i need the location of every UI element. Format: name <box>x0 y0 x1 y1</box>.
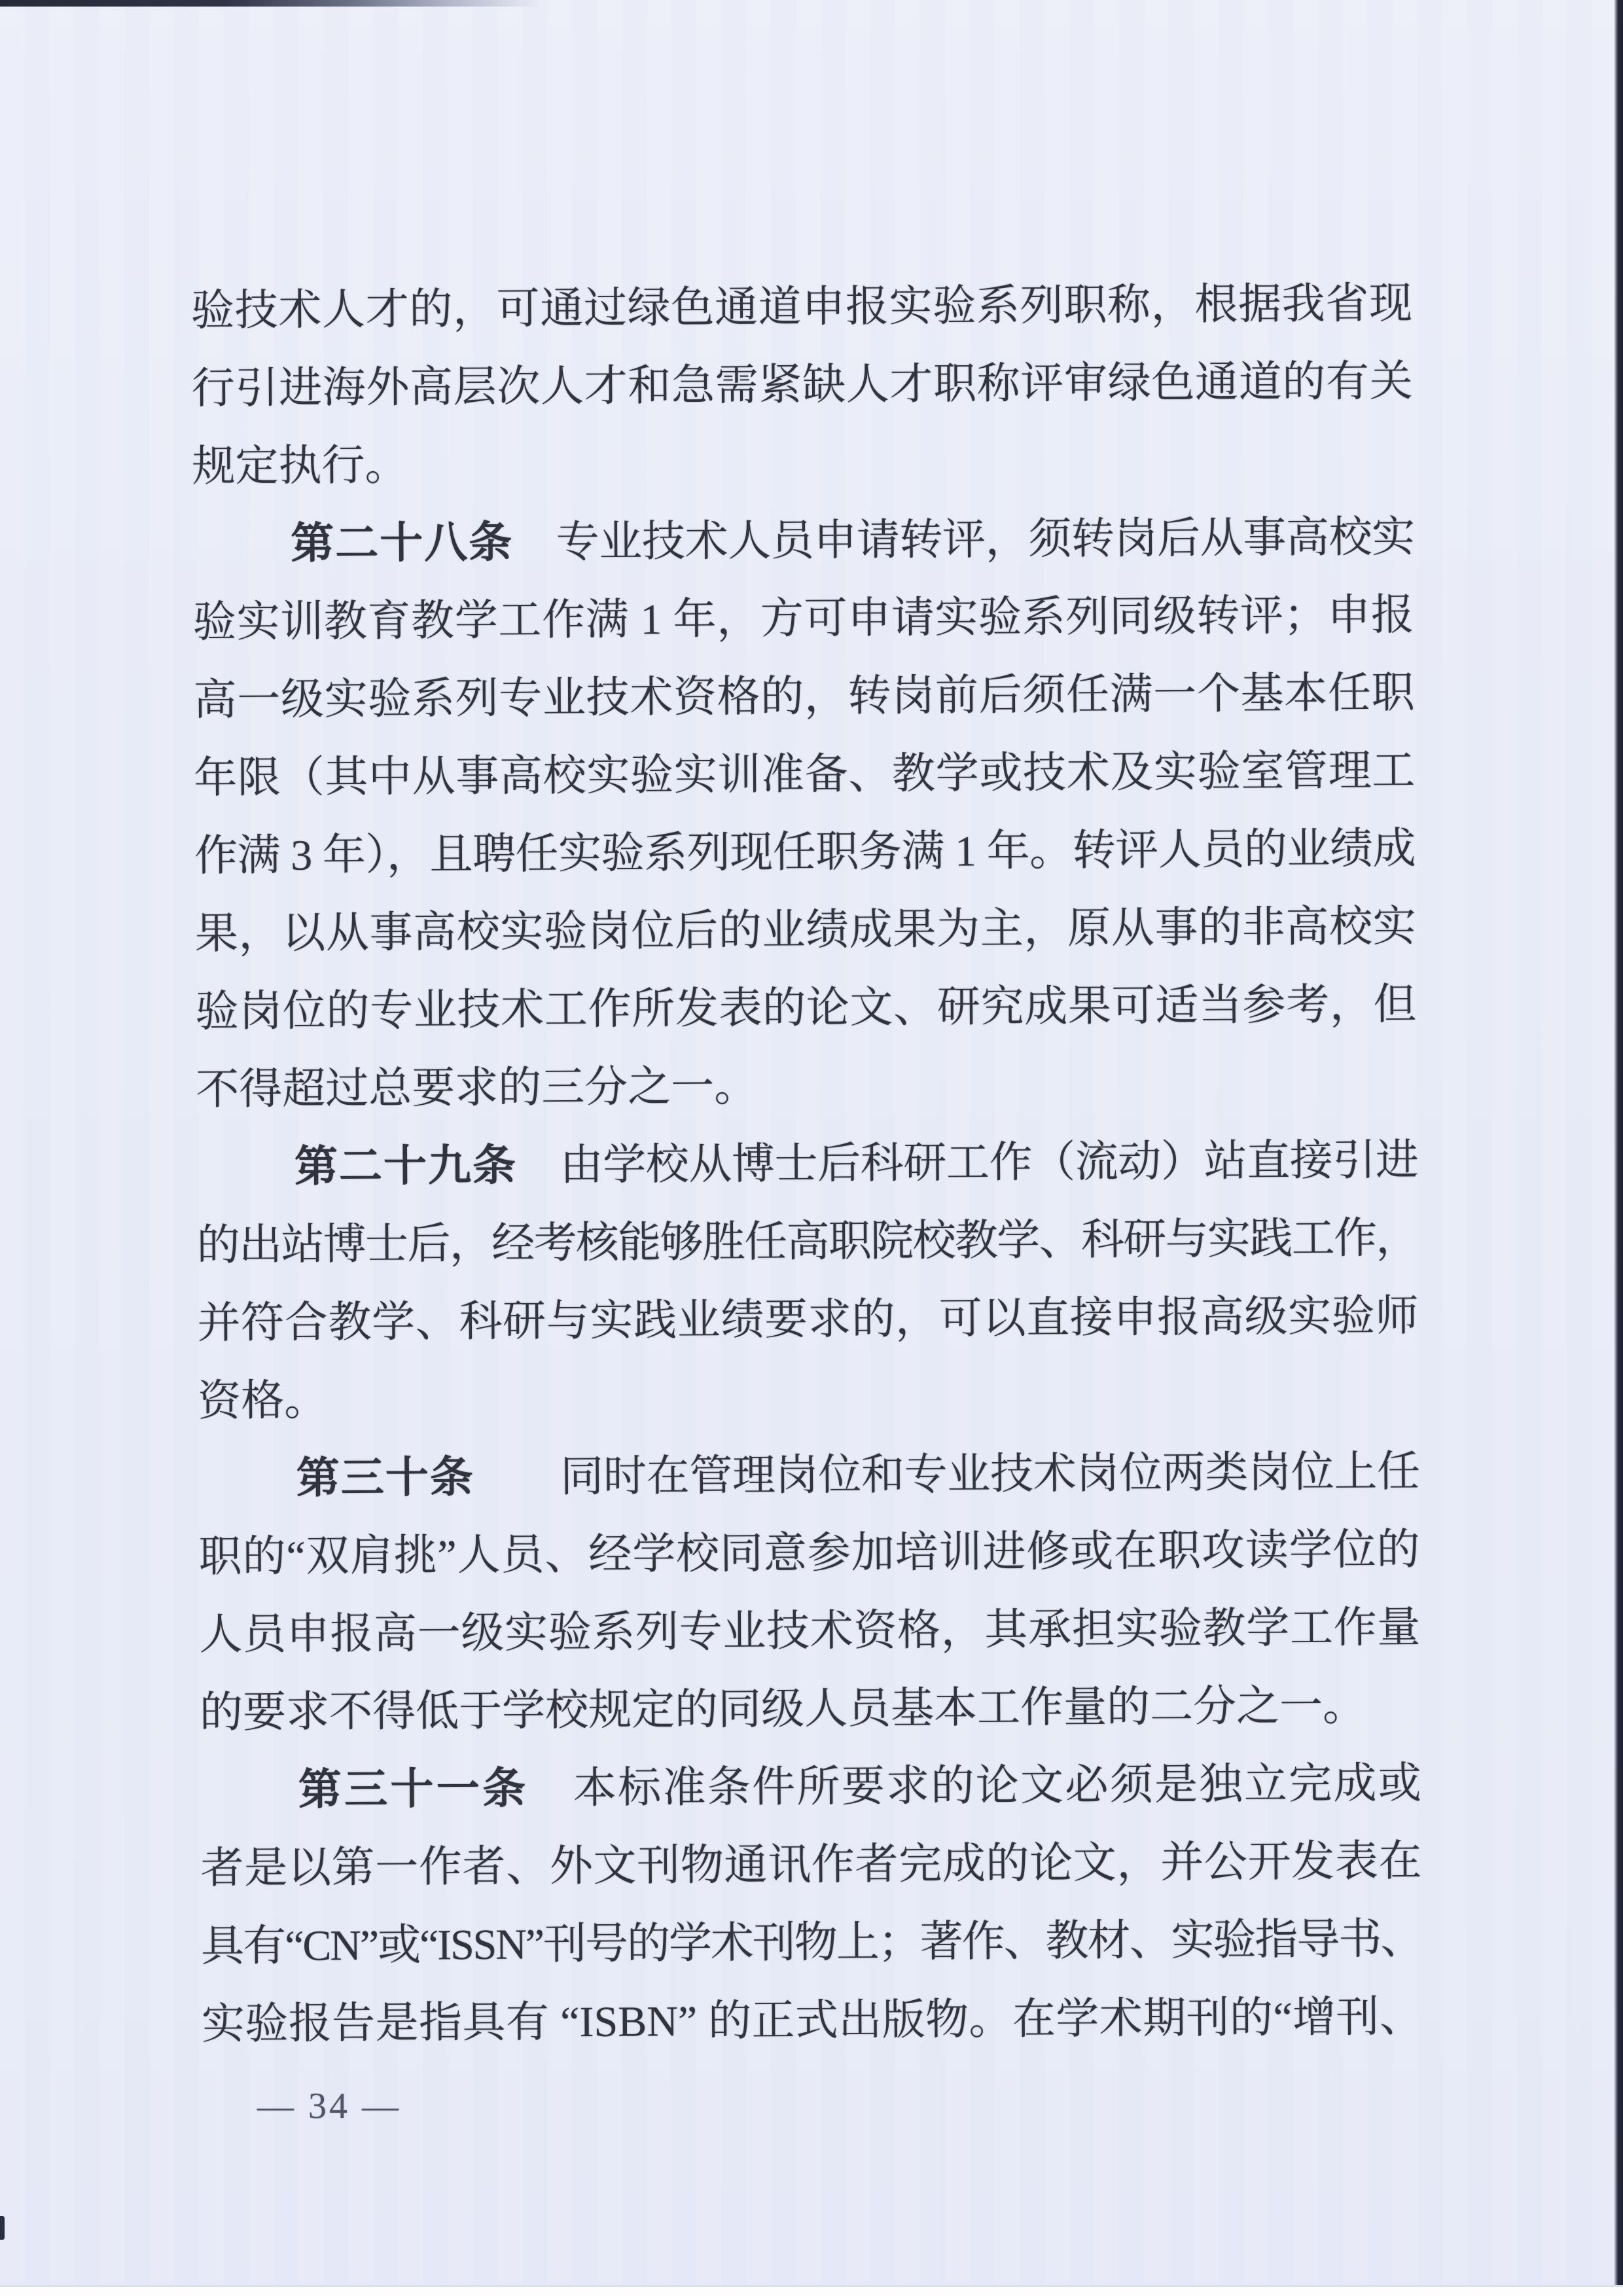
text-line: 作满 3 年），且聘任实验系列现任职务满 1 年。转评人员的业绩成 <box>194 810 1416 895</box>
scan-edge-right <box>1614 0 1623 2296</box>
text-line: 者是以第一作者、外文刊物通讯作者完成的论文，并公开发表在 <box>200 1822 1422 1907</box>
text-line: 规定执行。 <box>192 420 1414 505</box>
page-number: — 34 — <box>257 2080 401 2132</box>
text-line: 职的“双肩挑”人员、经学校同意参加培训进修或在职攻读学位的 <box>198 1511 1420 1596</box>
text-line: 的出站博士后，经考核能够胜任高职院校教学、科研与实践工作， <box>196 1199 1418 1284</box>
text-line: 第三十一条 本标准条件所要求的论文必须是独立完成或 <box>200 1744 1421 1829</box>
text-line: 验岗位的专业技术工作所发表的论文、研究成果可适当参考，但 <box>195 965 1417 1050</box>
article-number: 第二十八条 <box>291 519 513 568</box>
text-line: 验技术人才的，可通过绿色通道申报实验系列职称，根据我省现 <box>191 264 1413 350</box>
text-line: 不得超过总要求的三分之一。 <box>196 1043 1418 1128</box>
text-line: 高一级实验系列专业技术资格的，转岗前后须任满一个基本任职 <box>193 654 1415 739</box>
text-line: 实验报告是指具有 “ISBN” 的正式出版物。在学术期刊的“增刊、 <box>202 1978 1423 2063</box>
text-line: 行引进海外高层次人才和急需紧缺人才职称评审绿色通道的有关 <box>191 342 1413 427</box>
scan-edge-mark-left <box>0 2216 5 2240</box>
article-number: 第三十条 <box>296 1454 474 1503</box>
text-line: 年限（其中从事高校实验实训准备、教学或技术及实验室管理工 <box>194 732 1416 817</box>
document-page: 验技术人才的，可通过绿色通道申报实验系列职称，根据我省现行引进海外高层次人才和急… <box>0 0 1623 2296</box>
text-line: 并符合教学、科研与实践业绩要求的，可以直接申报高级实验师 <box>197 1277 1419 1362</box>
text-line: 第二十九条 由学校从博士后科研工作（流动）站直接引进 <box>196 1121 1418 1206</box>
text-line: 资格。 <box>198 1355 1419 1440</box>
text-line: 具有“CN”或“ISSN”刊号的学术刊物上；著作、教材、实验指导书、 <box>201 1900 1423 1985</box>
text-line: 验实训教育教学工作满 1 年，方可申请实验系列同级转评；申报 <box>193 576 1415 661</box>
text-line: 果，以从事高校实验岗位后的业绩成果为主，原从事的非高校实 <box>194 888 1416 973</box>
scan-edge-bottom <box>0 2285 1623 2296</box>
text-line: 的要求不得低于学校规定的同级人员基本工作量的二分之一。 <box>200 1666 1421 1751</box>
text-line: 第三十条 同时在管理岗位和专业技术岗位两类岗位上任 <box>198 1433 1420 1518</box>
article-number: 第二十九条 <box>294 1142 517 1191</box>
article-number: 第三十一条 <box>298 1765 529 1814</box>
text-line: 第二十八条 专业技术人员申请转评，须转岗后从事高校实 <box>192 498 1414 583</box>
scan-edge-top <box>0 0 563 7</box>
text-body: 验技术人才的，可通过绿色通道申报实验系列职称，根据我省现行引进海外高层次人才和急… <box>191 264 1423 2063</box>
text-line: 人员申报高一级实验系列专业技术资格，其承担实验教学工作量 <box>199 1588 1421 1674</box>
